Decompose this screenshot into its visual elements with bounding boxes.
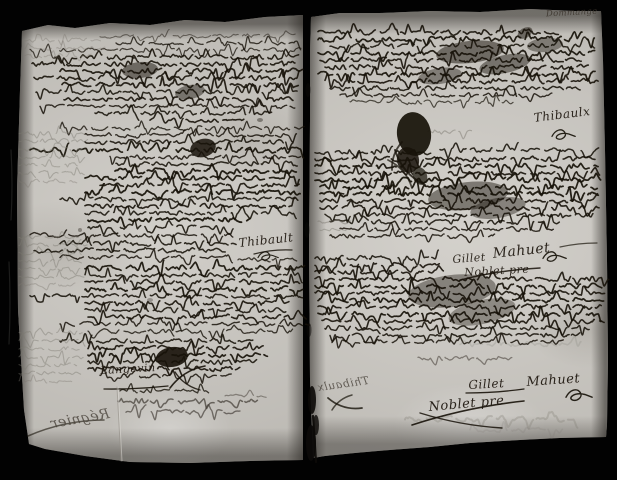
- signature-gillet: Gillet: [452, 251, 486, 266]
- signature-gillet: Gillet: [468, 376, 505, 392]
- fore-edge-marks: [9, 150, 12, 344]
- manuscript-scan: Dommange ThibaultLangevinRégnierThibaulx…: [0, 0, 617, 480]
